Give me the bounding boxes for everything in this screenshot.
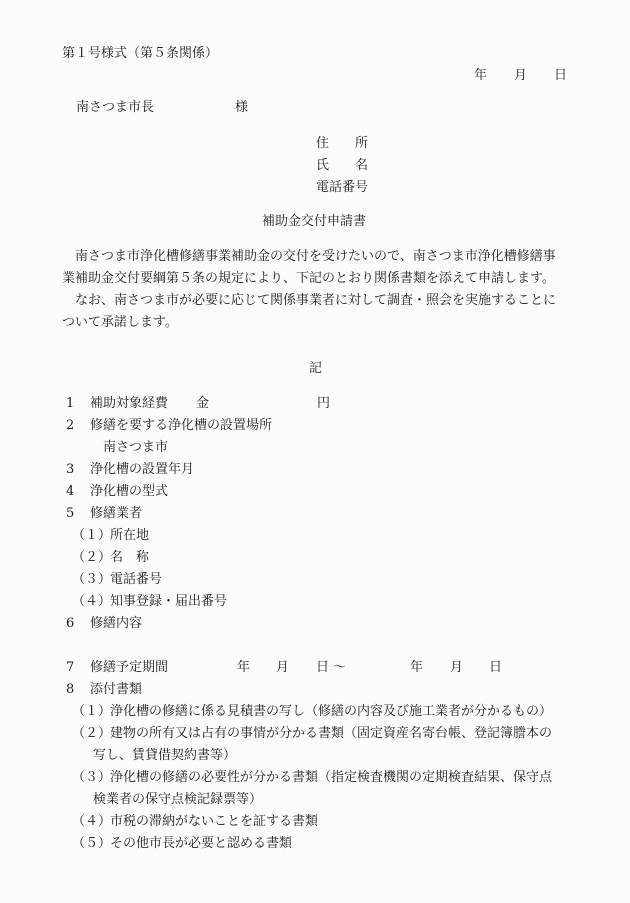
form-number: 第１号様式（第５条関係） [62,46,218,62]
period-from-year: 年 [237,660,250,676]
item-2-number: 2 [66,418,74,434]
item-2-label: 修繕を要する浄化槽の設置場所 [90,418,272,434]
period-from-month: 月 [276,660,289,676]
item-8-sub-1-text: 浄化槽の修繕に係る見積書の写し（修繕の内容及び施工業者が分かるもの） [110,704,552,720]
item-1-amount-prefix: 金 [196,396,209,412]
item-3-label: 浄化槽の設置年月 [90,462,194,478]
item-8-label: 添付書類 [90,682,142,698]
addressee-honorific: 様 [235,100,248,116]
body-paragraph-2-line-2: ついて承諾します。 [62,315,178,331]
item-8-sub-4-text: 市税の滞納がないことを証する書類 [110,814,318,830]
item-5-sub-1-label: 所在地 [110,528,149,544]
item-5-sub-1-number: （１） [72,528,111,544]
item-8-sub-3-number: （３） [72,770,111,786]
item-4-label: 浄化槽の型式 [90,484,168,500]
item-8-sub-4-number: （４） [72,814,111,830]
item-2-location: 南さつま市 [103,440,168,456]
item-1-number: 1 [66,396,74,412]
document-title: 補助金交付申請書 [262,214,366,230]
addressee-name: 南さつま市長 [76,100,154,116]
body-paragraph-1-line-1: 南さつま市浄化槽修繕事業補助金の交付を受けたいので、南さつま市浄化槽修繕事 [62,249,556,265]
item-8-sub-5-number: （５） [72,836,111,852]
item-1-amount-suffix: 円 [317,396,330,412]
body-paragraph-1-line-2: 業補助金交付要綱第５条の規定により、下記のとおり関係書類を添えて申請します。 [62,271,555,287]
ki-heading: 記 [309,361,322,377]
item-5-sub-4-label: 知事登録・届出番号 [110,594,227,610]
body-paragraph-2-line-1: なお、南さつま市が必要に応じて関係事業者に対して調査・照会を実施することに [62,293,556,309]
item-6-number: 6 [66,616,74,632]
item-8-sub-3-text-line-2: 検業者の保守点検記録票等） [93,792,262,808]
item-5-sub-3-label: 電話番号 [110,572,162,588]
period-from-day: 日 [316,660,329,676]
item-5-number: 5 [66,506,74,522]
item-1-label: 補助対象経費 [90,396,168,412]
item-8-sub-1-number: （１） [72,704,111,720]
item-5-label: 修繕業者 [90,506,142,522]
item-8-sub-2-number: （２） [72,726,111,742]
item-7-number: 7 [66,660,74,676]
item-5-sub-3-number: （３） [72,572,111,588]
item-8-sub-2-text-line-2: 写し、賃貸借契約書等） [93,748,236,764]
period-to-year: 年 [410,660,423,676]
applicant-phone-label: 電話番号 [316,180,368,196]
item-5-sub-2-label: 名 称 [110,550,149,566]
item-8-sub-2-text-line-1: 建物の所有又は占有の事情が分かる書類（固定資産名寄台帳、登記簿謄本の [110,726,552,742]
item-7-label: 修繕予定期間 [90,660,168,676]
item-8-sub-5-text: その他市長が必要と認める書類 [110,836,292,852]
date-day-label: 日 [554,68,567,84]
item-8-number: 8 [66,682,74,698]
item-5-sub-4-number: （４） [72,594,111,610]
item-3-number: 3 [66,462,74,478]
date-month-label: 月 [514,68,527,84]
item-8-sub-3-text-line-1: 浄化槽の修繕の必要性が分かる書類（指定検査機関の定期検査結果、保守点 [110,770,552,786]
item-5-sub-2-number: （２） [72,550,111,566]
date-year-label: 年 [474,68,487,84]
item-6-label: 修繕内容 [90,616,142,632]
period-tilde: ～ [333,660,346,676]
period-to-month: 月 [450,660,463,676]
applicant-address-label: 住 所 [316,136,368,152]
applicant-name-label: 氏 名 [316,158,368,174]
period-to-day: 日 [489,660,502,676]
item-4-number: 4 [66,484,74,500]
